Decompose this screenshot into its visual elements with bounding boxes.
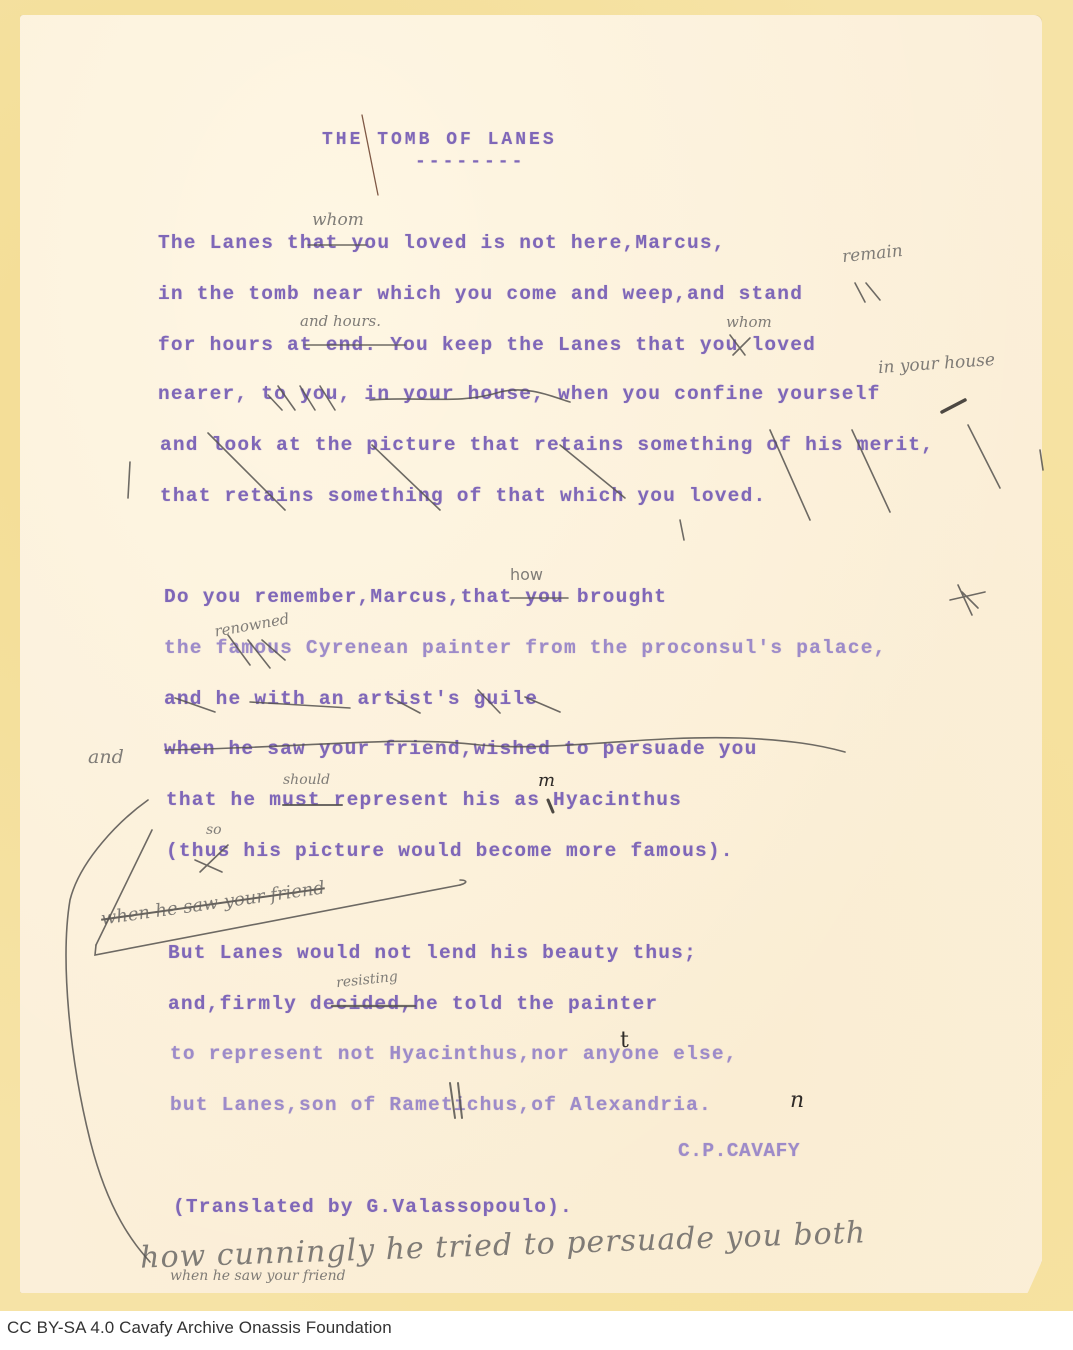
stanza-2-line-3: and he with an artist's guile — [164, 688, 538, 710]
title-underline: -------- — [415, 152, 525, 172]
annotation-m: m — [538, 770, 555, 791]
annotation-so: so — [206, 822, 222, 838]
stanza-3-line-4: but Lanes,son of Rametichus,of Alexandri… — [170, 1094, 712, 1116]
annotation-whom-1: whom — [312, 210, 364, 230]
stanza-2-line-1: Do you remember,Marcus,that you brought — [164, 586, 667, 608]
stanza-2-line-6: (thus his picture would become more famo… — [166, 840, 734, 862]
license-credit: CC BY-SA 4.0 Cavafy Archive Onassis Foun… — [7, 1318, 392, 1338]
annotation-n: n — [790, 1088, 804, 1113]
stanza-1-line-1: The Lanes that you loved is not here,Mar… — [158, 232, 726, 254]
annotation-and-hours: and hours. — [300, 312, 381, 330]
stanza-2-line-5: that he must represent his as Hyacinthus — [166, 789, 682, 811]
stanza-1-line-3: for hours at end. You keep the Lanes tha… — [158, 334, 816, 356]
stanza-3-line-2: and,firmly decided,he told the painter — [168, 993, 658, 1015]
document-title: THE TOMB OF LANES — [322, 130, 557, 150]
signature: C.P.CAVAFY — [678, 1140, 800, 1162]
annotation-how: how — [510, 565, 543, 584]
annotation-should: should — [283, 772, 330, 788]
stanza-2-line-4: when he saw your friend,wished to persua… — [164, 738, 758, 760]
stanza-1-line-2: in the tomb near which you come and weep… — [158, 283, 803, 305]
stanza-1-line-4: nearer, to you, in your house, when you … — [158, 383, 881, 405]
annotation-bottom-subline: when he saw your friend — [170, 1268, 346, 1284]
stanza-1-line-6: that retains something of that which you… — [160, 485, 766, 507]
stanza-3-line-3: to represent not Hyacinthus,nor anyone e… — [170, 1043, 738, 1065]
stanza-1-line-5: and look at the picture that retains som… — [160, 434, 934, 456]
translator-note: (Translated by G.Valassopoulo). — [173, 1196, 573, 1218]
annotation-t: t — [620, 1028, 629, 1053]
annotation-whom-2: whom — [726, 313, 772, 331]
stanza-2-line-2: the famous Cyrenean painter from the pro… — [164, 637, 887, 659]
annotation-and-margin: and — [88, 746, 124, 768]
stanza-3-line-1: But Lanes would not lend his beauty thus… — [168, 942, 697, 964]
